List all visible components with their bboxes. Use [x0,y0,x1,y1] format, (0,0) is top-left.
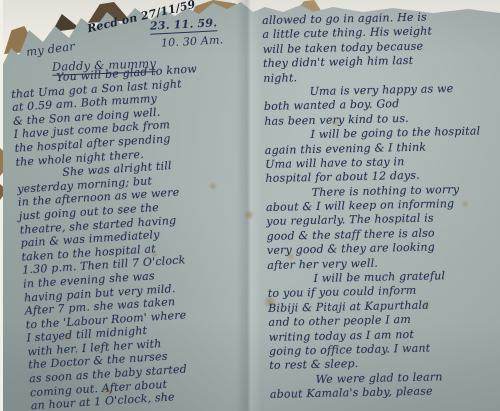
letter-photo: { "document_type": "handwritten letter",… [0,0,500,411]
left-page-text: You will be glad to knowthat Uma got a S… [10,58,293,411]
right-page-text: allowed to go in again. He isa little cu… [262,9,500,402]
